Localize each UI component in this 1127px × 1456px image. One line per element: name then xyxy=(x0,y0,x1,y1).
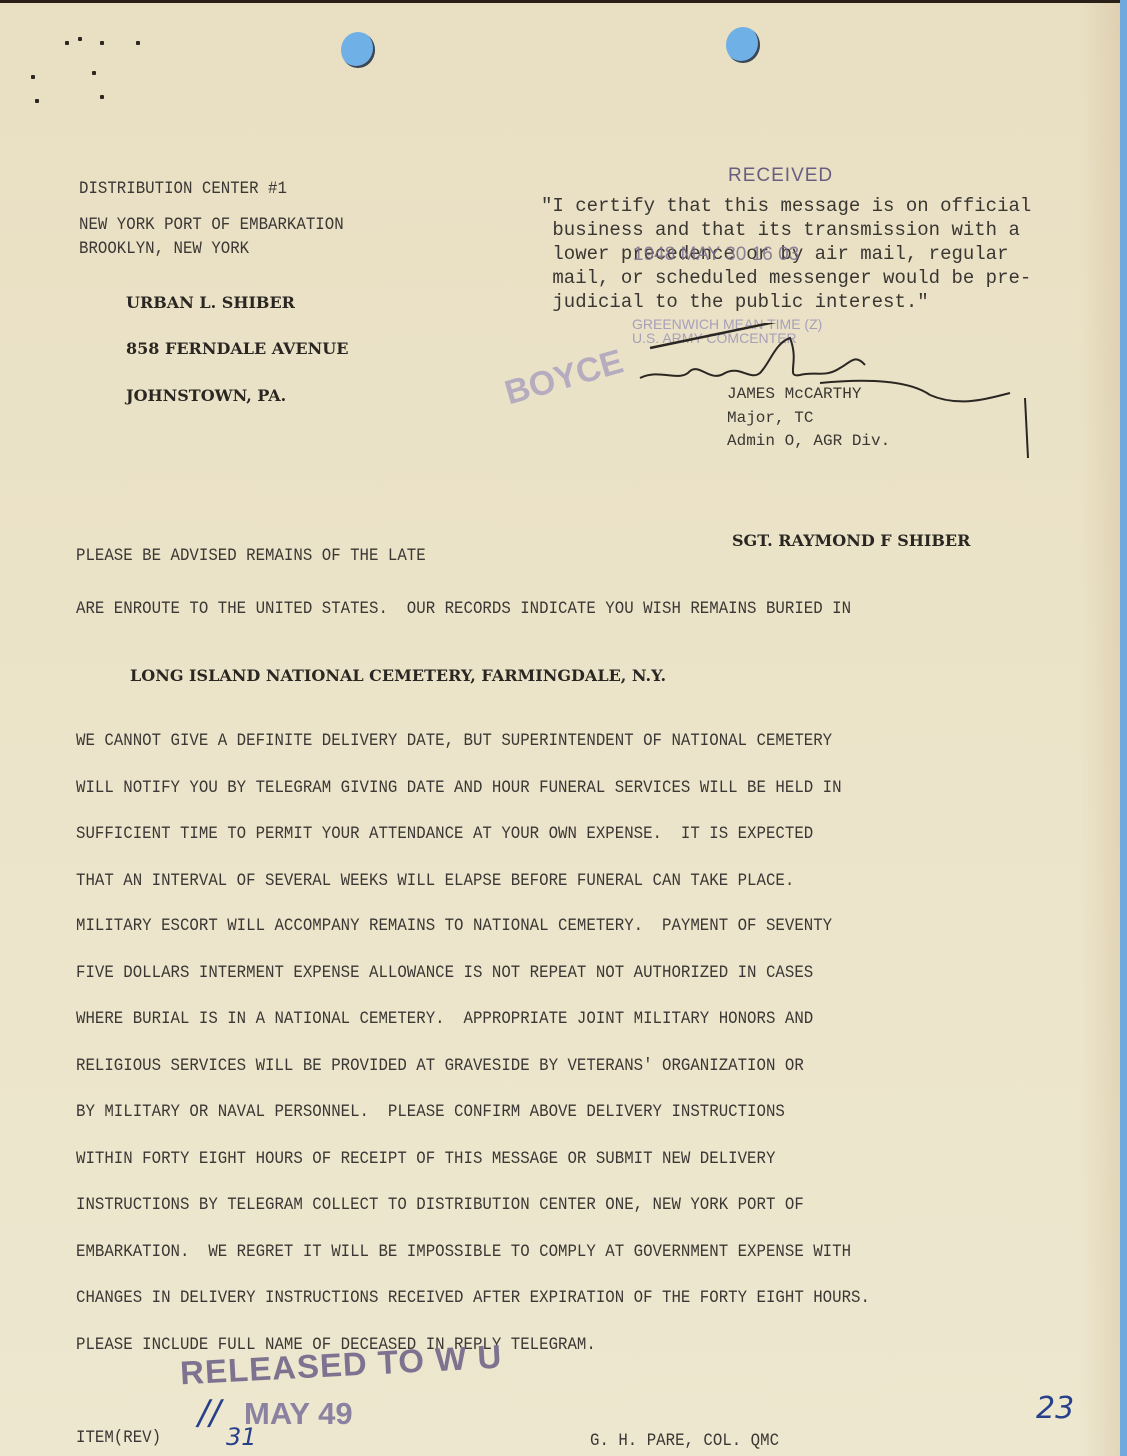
certification-line-1: "I certify that this message is on offic… xyxy=(541,195,1031,217)
signatory-rank: Major, TC xyxy=(727,409,813,427)
handwritten-day: 31 xyxy=(226,1423,257,1451)
body-paragraph-line: FIVE DOLLARS INTERMENT EXPENSE ALLOWANCE… xyxy=(76,963,813,983)
telegram-page: DISTRIBUTION CENTER #1 NEW YORK PORT OF … xyxy=(0,0,1120,1456)
body-paragraph-line: THAT AN INTERVAL OF SEVERAL WEEKS WILL E… xyxy=(76,871,794,891)
sender-line-1: DISTRIBUTION CENTER #1 xyxy=(79,179,287,199)
body-paragraph-line: WILL NOTIFY YOU BY TELEGRAM GIVING DATE … xyxy=(76,778,842,798)
body-paragraph-line: WE CANNOT GIVE A DEFINITE DELIVERY DATE,… xyxy=(76,731,832,751)
body-paragraph-line: SUFFICIENT TIME TO PERMIT YOUR ATTENDANC… xyxy=(76,824,813,844)
body-paragraph-line: BY MILITARY OR NAVAL PERSONNEL. PLEASE C… xyxy=(76,1102,785,1122)
body-paragraph-line: INSTRUCTIONS BY TELEGRAM COLLECT TO DIST… xyxy=(76,1195,804,1215)
released-date-stamp: MAY 49 xyxy=(244,1396,353,1432)
body-paragraph-line: WHERE BURIAL IS IN A NATIONAL CEMETERY. … xyxy=(76,1009,813,1029)
certification-line-2: business and that its transmission with … xyxy=(541,219,1020,241)
body-paragraph-line: MILITARY ESCORT WILL ACCOMPANY REMAINS T… xyxy=(76,916,832,936)
punch-hole-left xyxy=(341,32,375,68)
recipient-street: 858 FERNDALE AVENUE xyxy=(126,339,348,358)
recipient-name: URBAN L. SHIBER xyxy=(126,293,295,312)
recipient-city: JOHNSTOWN, PA. xyxy=(126,386,286,405)
handwritten-page-number: 23 xyxy=(1036,1391,1074,1426)
body-intro: PLEASE BE ADVISED REMAINS OF THE LATE xyxy=(76,546,426,566)
body-paragraph-line: RELIGIOUS SERVICES WILL BE PROVIDED AT G… xyxy=(76,1056,804,1076)
body-line-2: ARE ENROUTE TO THE UNITED STATES. OUR RE… xyxy=(76,599,851,619)
body-paragraph-line: EMBARKATION. WE REGRET IT WILL BE IMPOSS… xyxy=(76,1242,851,1262)
signatory-title: Admin O, AGR Div. xyxy=(727,432,890,450)
body-paragraph-line: WITHIN FORTY EIGHT HOURS OF RECEIPT OF T… xyxy=(76,1149,775,1169)
certification-line-5: judicial to the public interest." xyxy=(541,291,929,313)
certification-line-4: mail, or scheduled messenger would be pr… xyxy=(541,267,1031,289)
received-date-stamp: 1948 MAY 30 16 03 xyxy=(633,244,799,266)
cemetery-name: LONG ISLAND NATIONAL CEMETERY, FARMINGDA… xyxy=(130,666,666,685)
item-rev-label: ITEM(REV) xyxy=(76,1428,161,1448)
footer-signature: G. H. PARE, COL. QMC xyxy=(590,1431,779,1451)
sender-line-2: NEW YORK PORT OF EMBARKATION xyxy=(79,215,344,235)
handwritten-strike-mark: ∕∕ xyxy=(198,1393,221,1433)
signatory-name: JAMES McCARTHY xyxy=(727,385,861,403)
deceased-name: SGT. RAYMOND F SHIBER xyxy=(732,531,970,550)
sender-line-3: BROOKLYN, NEW YORK xyxy=(79,239,249,259)
received-stamp: RECEIVED xyxy=(728,165,833,187)
punch-hole-right xyxy=(726,27,760,63)
body-paragraph-line: CHANGES IN DELIVERY INSTRUCTIONS RECEIVE… xyxy=(76,1288,870,1308)
